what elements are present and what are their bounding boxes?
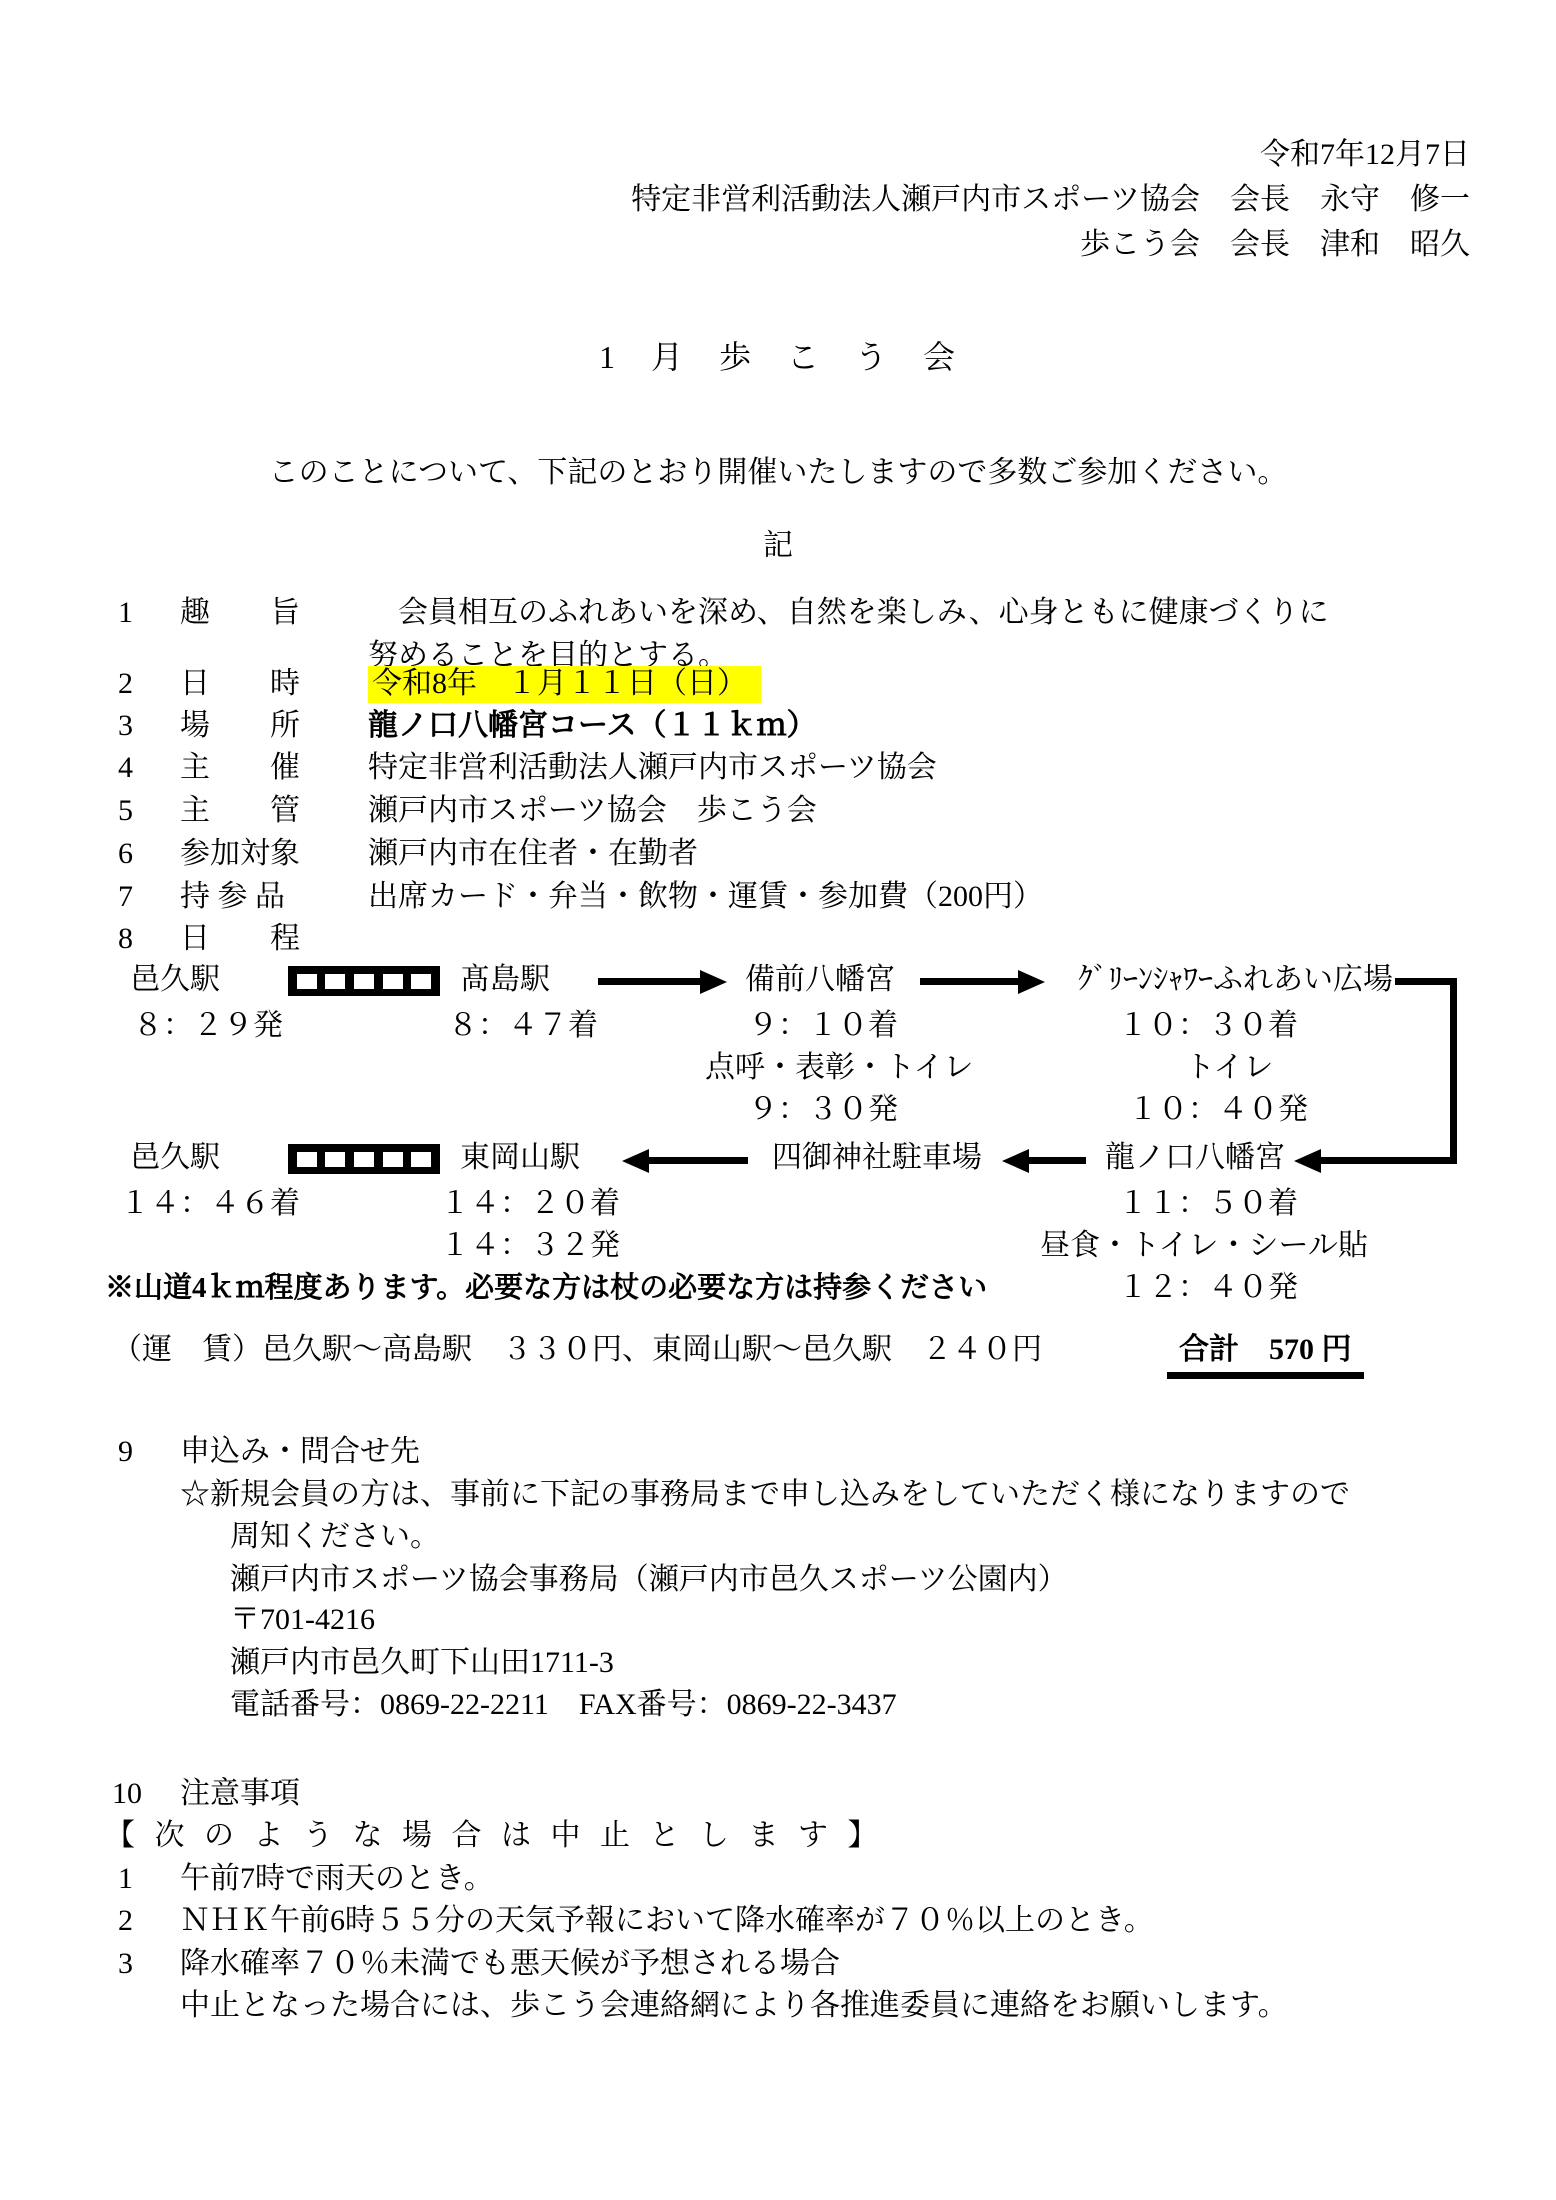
train-window <box>354 1152 374 1167</box>
issuer-club-line: 歩こう会 会長 津和 昭久 <box>631 222 1470 267</box>
item-number: 3 <box>118 704 180 747</box>
time-label: ９：１０着 <box>748 1008 898 1044</box>
cancel-item-text: 午前7時で雨天のとき。 <box>180 1862 494 1895</box>
item-number: 4 <box>118 746 180 789</box>
time-label: １４：４６着 <box>120 1186 300 1222</box>
item-label: 日 時 <box>180 662 318 705</box>
cancel-item: 3降水確率７０％未満でも悪天候が予想される場合 <box>118 1942 840 1985</box>
cancel-item: 2ＮＨＫ午前6時５５分の天気予報において降水確率が７０％以上のとき。 <box>118 1899 1154 1942</box>
stop-shinomigoji-parking: 四御神社駐車場 <box>772 1140 982 1176</box>
train-window <box>297 1152 317 1167</box>
stop-tatsunokuchi-hachimangu: 龍ノ口八幡宮 <box>1105 1140 1285 1176</box>
train-window <box>383 974 403 989</box>
list-item: 2 日 時 令和8年 １月１１日（日） <box>118 662 761 705</box>
time-label: ９：３０発 <box>748 1092 898 1128</box>
contact-heading: 申込み・問合せ先 <box>180 1435 420 1468</box>
course-name: 龍ノ口八幡宮コース（１１ｋｍ） <box>368 704 817 747</box>
item-label: 参加対象 <box>180 832 318 875</box>
train-window <box>383 1152 403 1167</box>
item-text: 特定非営利活動法人瀬戸内市スポーツ協会 <box>368 746 937 789</box>
notice-footer: 中止となった場合には、歩こう会連絡網により各推進委員に連絡をお願いします。 <box>180 1984 1288 2027</box>
item-text: 出席カード・弁当・飲物・運賃・参加費（200円） <box>368 875 1043 918</box>
stop-bizen-hachimangu: 備前八幡宮 <box>745 962 895 998</box>
issue-date: 令和7年12月7日 <box>631 132 1470 177</box>
stop-oku-station: 邑久駅 <box>130 1140 220 1176</box>
contact-note-1: ☆新規会員の方は、事前に下記の事務局まで申し込みをしていただく様になりますので <box>180 1473 1350 1516</box>
stop-note: トイレ <box>1185 1050 1274 1086</box>
stop-green-shower-plaza: ｸﾞﾘｰﾝｼｬﾜｰふれあい広場 <box>1078 962 1393 998</box>
section-number: 9 <box>118 1430 180 1473</box>
list-item: 6 参加対象 瀬戸内市在住者・在勤者 <box>118 832 698 875</box>
item-label: 主 催 <box>180 746 318 789</box>
document-header: 令和7年12月7日 特定非営利活動法人瀬戸内市スポーツ協会 会長 永守 修一 歩… <box>631 132 1470 267</box>
train-icon <box>288 1144 440 1174</box>
section-number: 10 <box>112 1772 180 1815</box>
stop-oku-station: 邑久駅 <box>130 962 220 998</box>
time-label: １０：４０発 <box>1128 1092 1308 1128</box>
item-number: 1 <box>118 1857 180 1900</box>
train-window <box>354 974 374 989</box>
fare-line: （運 賃）邑久駅～高島駅 ３３０円、東岡山駅～邑久駅 ２４０円 <box>112 1332 1042 1368</box>
issuer-org-line: 特定非営利活動法人瀬戸内市スポーツ協会 会長 永守 修一 <box>631 177 1470 222</box>
train-window <box>297 974 317 989</box>
item-text: 瀬戸内市在住者・在勤者 <box>368 832 698 875</box>
item-text: 瀬戸内市スポーツ協会 歩こう会 <box>368 789 817 832</box>
train-window <box>411 974 431 989</box>
record-mark: 記 <box>0 520 1556 564</box>
time-label: １１：５０着 <box>1118 1186 1298 1222</box>
time-label: １０：３０着 <box>1118 1008 1298 1044</box>
time-label: ８：２９発 <box>133 1008 283 1044</box>
time-label: １４：３２発 <box>440 1228 620 1264</box>
item-label: 主 管 <box>180 789 318 832</box>
contact-phone-fax: 電話番号：0869-22-2211 FAX番号：0869-22-3437 <box>230 1683 897 1726</box>
time-label: １２：４０発 <box>1118 1270 1298 1306</box>
list-item: 4 主 催 特定非営利活動法人瀬戸内市スポーツ協会 <box>118 746 937 789</box>
cancel-item-text: ＮＨＫ午前6時５５分の天気予報において降水確率が７０％以上のとき。 <box>180 1904 1154 1937</box>
date-highlight: 令和8年 １月１１日（日） <box>368 666 761 703</box>
item-number: 7 <box>118 875 180 918</box>
stop-note: 点呼・表彰・トイレ <box>705 1050 974 1086</box>
item-number: 3 <box>118 1942 180 1985</box>
stop-higashi-okayama-station: 東岡山駅 <box>460 1140 580 1176</box>
mountain-path-note: ※山道4ｋｍ程度あります。必要な方は杖の必要な方は持参ください <box>105 1270 987 1306</box>
item-label: 持 参 品 <box>180 875 318 918</box>
contact-note-2: 周知ください。 <box>230 1515 440 1558</box>
contact-postal-code: 〒701-4216 <box>230 1598 375 1641</box>
purpose-line-1: 会員相互のふれあいを深め、自然を楽しみ、心身ともに健康づくりに <box>368 591 1329 634</box>
time-label: １４：２０着 <box>440 1186 620 1222</box>
item-number: 5 <box>118 789 180 832</box>
notice-heading: 注意事項 <box>180 1777 300 1810</box>
schedule-diagram: 邑久駅 髙島駅 備前八幡宮 ｸﾞﾘｰﾝｼｬﾜｰふれあい広場 ８：２９発 ８：４７… <box>0 950 1556 1400</box>
cancel-condition-header: 【 次 の よ う な 場 合 は 中 止 と し ま す 】 <box>105 1814 884 1857</box>
train-window <box>325 1152 345 1167</box>
contact-address: 瀬戸内市邑久町下山田1711-3 <box>230 1641 614 1684</box>
list-item: 5 主 管 瀬戸内市スポーツ協会 歩こう会 <box>118 789 817 832</box>
cancel-item: 1午前7時で雨天のとき。 <box>118 1857 494 1900</box>
list-item: 3 場 所 龍ノ口八幡宮コース（１１ｋｍ） <box>118 704 817 747</box>
train-icon <box>288 966 440 996</box>
fare-total: 合計 570 円 <box>1167 1324 1364 1379</box>
item-number: 6 <box>118 832 180 875</box>
train-window <box>411 1152 431 1167</box>
stop-takashima-station: 髙島駅 <box>460 962 550 998</box>
page-title: 1 月 歩 こ う 会 <box>0 332 1556 378</box>
item-number: 2 <box>118 662 180 705</box>
stop-note: 昼食・トイレ・シール貼 <box>1040 1228 1368 1264</box>
item-label: 場 所 <box>180 704 318 747</box>
list-item: 7 持 参 品 出席カード・弁当・飲物・運賃・参加費（200円） <box>118 875 1043 918</box>
train-window <box>325 974 345 989</box>
contact-office: 瀬戸内市スポーツ協会事務局（瀬戸内市邑久スポーツ公園内） <box>230 1558 1068 1601</box>
document-page: 令和7年12月7日 特定非営利活動法人瀬戸内市スポーツ協会 会長 永守 修一 歩… <box>0 0 1556 2200</box>
intro-text: このことについて、下記のとおり開催いたしますので多数ご参加ください。 <box>0 447 1556 491</box>
item-number: 2 <box>118 1899 180 1942</box>
cancel-item-text: 降水確率７０％未満でも悪天候が予想される場合 <box>180 1947 840 1980</box>
time-label: ８：４７着 <box>448 1008 598 1044</box>
